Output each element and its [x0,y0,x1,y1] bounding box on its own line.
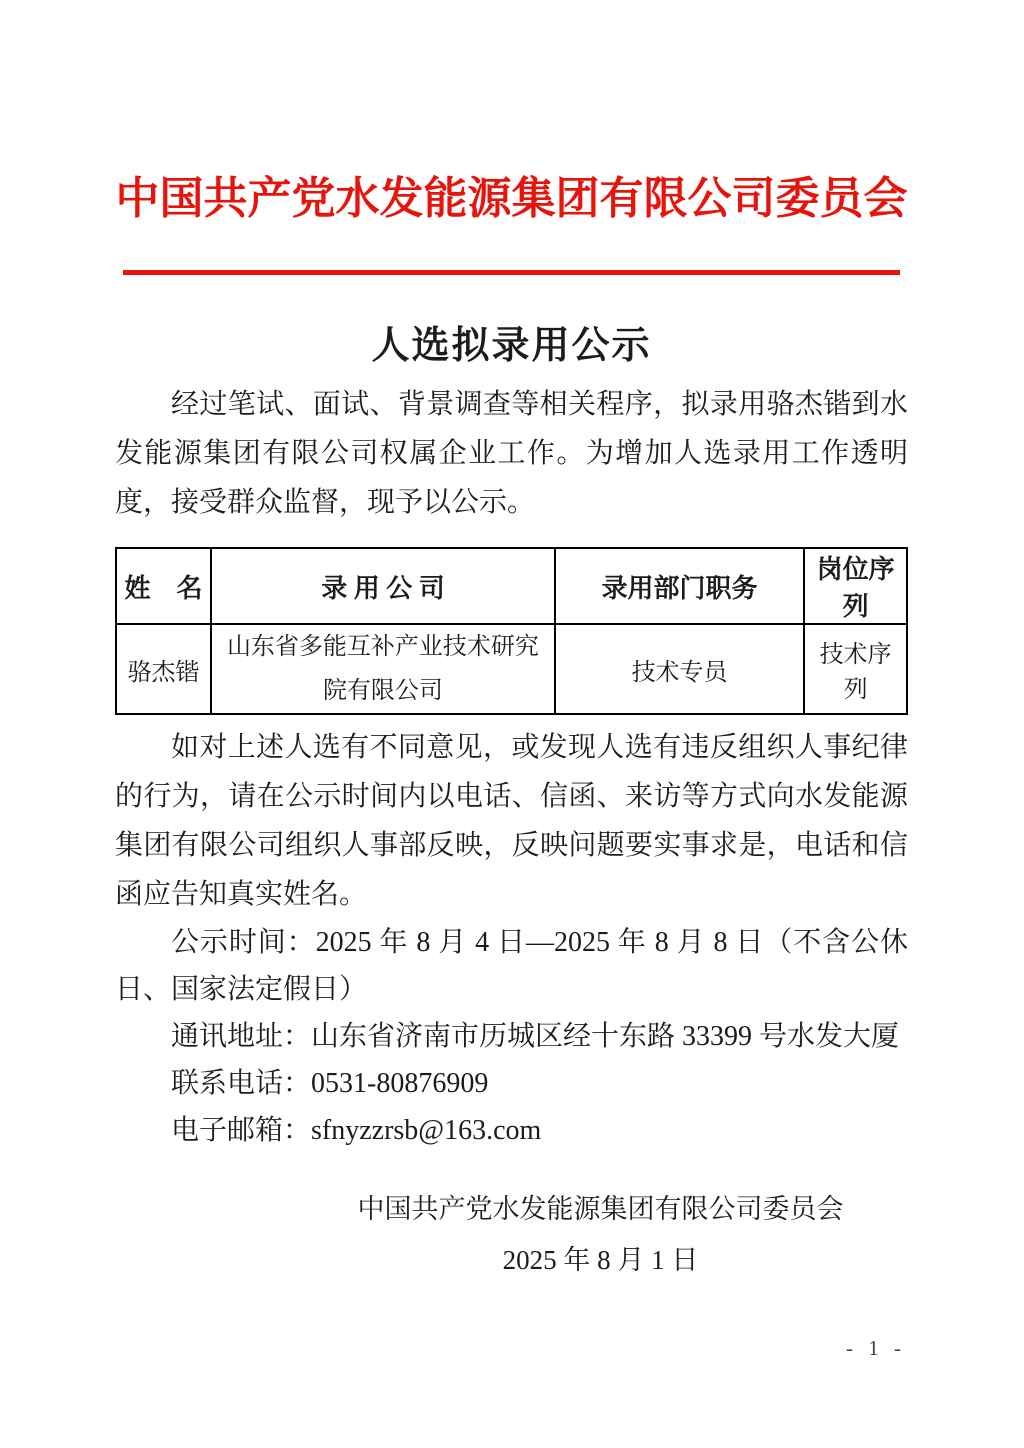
intro-paragraph: 经过笔试、面试、背景调查等相关程序，拟录用骆杰锴到水发能源集团有限公司权属企业工… [115,380,908,527]
contact-email: 电子邮箱：sfnyzzrsb@163.com [115,1107,908,1154]
letterhead-title: 中国共产党水发能源集团有限公司委员会 [115,0,908,228]
document-title: 人选拟录用公示 [115,323,908,369]
table-header-department: 录用部门职务 [555,548,804,624]
contact-phone: 联系电话：0531-80876909 [115,1060,908,1107]
table-header-name: 姓 名 [116,548,211,624]
objection-paragraph: 如对上述人选有不同意见，或发现人选有违反组织人事纪律的行为，请在公示时间内以电话… [115,723,908,919]
signature-org: 中国共产党水发能源集团有限公司委员会 [115,1186,908,1233]
table-header-row: 姓 名 录 用 公 司 录用部门职务 岗位序列 [116,548,907,624]
letterhead-divider [123,270,900,275]
signature-date: 2025 年 8 月 1 日 [115,1237,908,1284]
table-header-company: 录 用 公 司 [211,548,555,624]
candidate-table: 姓 名 录 用 公 司 录用部门职务 岗位序列 骆杰锴 山东省多能互补产业技术研… [115,547,908,715]
publicity-period: 公示时间：2025 年 8 月 4 日—2025 年 8 月 8 日（不含公休日… [115,919,908,1013]
candidate-name: 骆杰锴 [116,624,211,714]
table-header-sequence: 岗位序列 [804,548,907,624]
position-sequence: 技术序列 [804,624,907,714]
hiring-company: 山东省多能互补产业技术研究院有限公司 [211,624,555,714]
page-number: - 1 - [846,1336,906,1361]
table-row: 骆杰锴 山东省多能互补产业技术研究院有限公司 技术专员 技术序列 [116,624,907,714]
mailing-address: 通讯地址：山东省济南市历城区经十东路 33399 号水发大厦 [115,1013,908,1060]
department-position: 技术专员 [555,624,804,714]
document-page: 中国共产党水发能源集团有限公司委员会 人选拟录用公示 经过笔试、面试、背景调查等… [0,0,1024,1448]
